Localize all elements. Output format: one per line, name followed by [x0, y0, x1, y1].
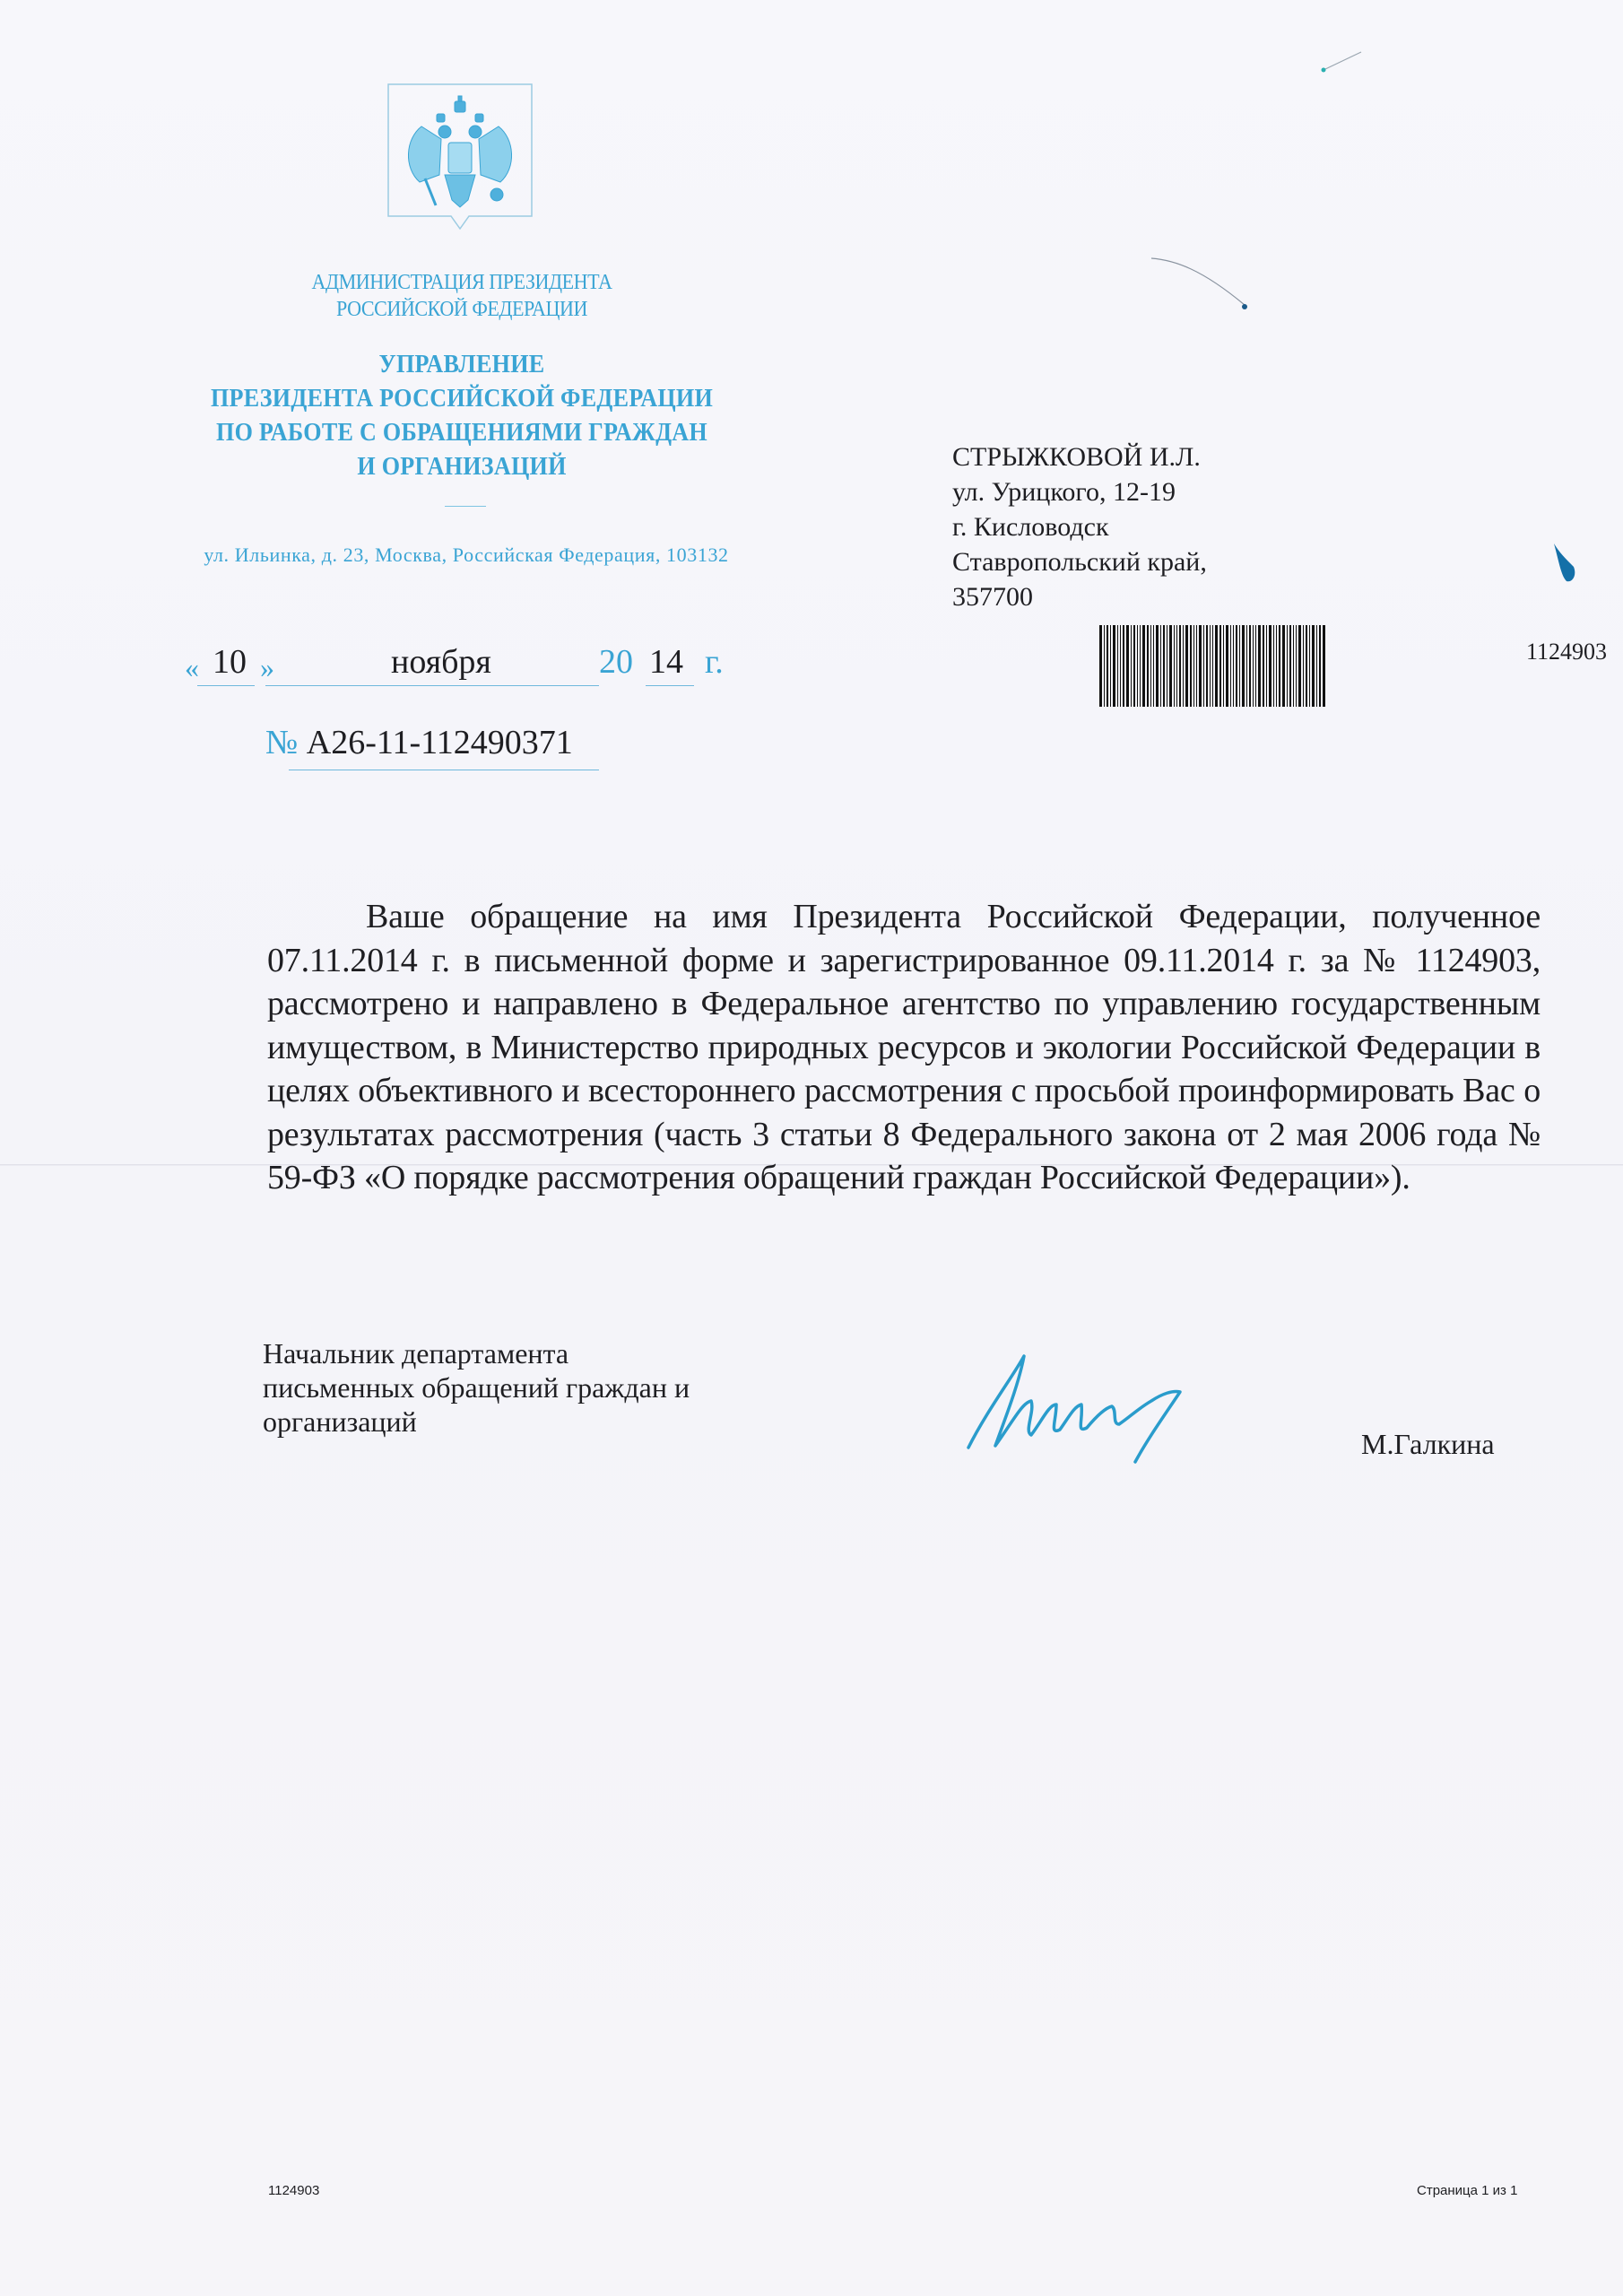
administration-line: РОССИЙСКОЙ ФЕДЕРАЦИИ [152, 296, 771, 323]
ink-blot-icon [1547, 538, 1583, 592]
month-underline [265, 685, 599, 686]
recipient-postcode: 357700 [952, 579, 1207, 614]
recipient-region: Ставропольский край, [952, 544, 1207, 579]
signatory-title-line: Начальник департамента [263, 1336, 690, 1370]
recipient-name: СТРЫЖКОВОЙ И.Л. [952, 439, 1207, 474]
date-year-abbr: г. [705, 642, 724, 682]
department-line: ПО РАБОТЕ С ОБРАЩЕНИЯМИ ГРАЖДАН [160, 415, 765, 449]
department-line: И ОРГАНИЗАЦИЙ [160, 449, 765, 483]
signatory-title-line: организаций [263, 1405, 690, 1439]
recipient-address: СТРЫЖКОВОЙ И.Л. ул. Урицкого, 12-19 г. К… [952, 439, 1207, 614]
sender-address: ул. Ильинка, д. 23, Москва, Российская Ф… [143, 544, 789, 567]
reference-number: № А26-11-112490371 [265, 723, 573, 762]
barcode-number: 1124903 [1336, 639, 1607, 665]
day-underline [197, 685, 255, 686]
department-line: ПРЕЗИДЕНТА РОССИЙСКОЙ ФЕДЕРАЦИИ [160, 381, 765, 415]
administration-line: АДМИНИСТРАЦИЯ ПРЕЗИДЕНТА [152, 269, 771, 296]
date-year-suffix: 14 [649, 642, 683, 682]
signatory-title: Начальник департамента письменных обраще… [263, 1336, 690, 1439]
reference-value: А26-11-112490371 [307, 724, 573, 761]
number-sign: № [265, 724, 298, 761]
department-heading: УПРАВЛЕНИЕ ПРЕЗИДЕНТА РОССИЙСКОЙ ФЕДЕРАЦ… [126, 347, 798, 483]
date-close-quote: » [260, 648, 274, 687]
date-year-prefix: 20 [599, 642, 633, 682]
divider [445, 506, 486, 507]
recipient-city: г. Кисловодск [952, 509, 1207, 544]
ink-mark-icon [1318, 47, 1372, 83]
year-underline [646, 685, 694, 686]
page-counter: Страница 1 из 1 [1417, 2183, 1517, 2198]
letter-body: Ваше обращение на имя Президента Российс… [267, 895, 1541, 1200]
barcode [1099, 625, 1365, 707]
department-line: УПРАВЛЕНИЕ [160, 347, 765, 381]
signatory-title-line: письменных обращений граждан и [263, 1370, 690, 1405]
date-month: ноября [391, 642, 491, 682]
reference-underline [289, 770, 599, 770]
date-day: 10 [213, 642, 247, 682]
date-open-quote: « [185, 648, 199, 687]
administration-heading: АДМИНИСТРАЦИЯ ПРЕЗИДЕНТА РОССИЙСКОЙ ФЕДЕ… [126, 269, 798, 323]
recipient-street: ул. Урицкого, 12-19 [952, 474, 1207, 509]
ink-stroke-icon [1148, 251, 1264, 323]
handwritten-signature-icon [959, 1349, 1219, 1465]
signer-name: М.Галкина [1361, 1428, 1495, 1461]
coat-of-arms-icon [386, 82, 534, 247]
footer-registration-number: 1124903 [268, 2183, 319, 2198]
